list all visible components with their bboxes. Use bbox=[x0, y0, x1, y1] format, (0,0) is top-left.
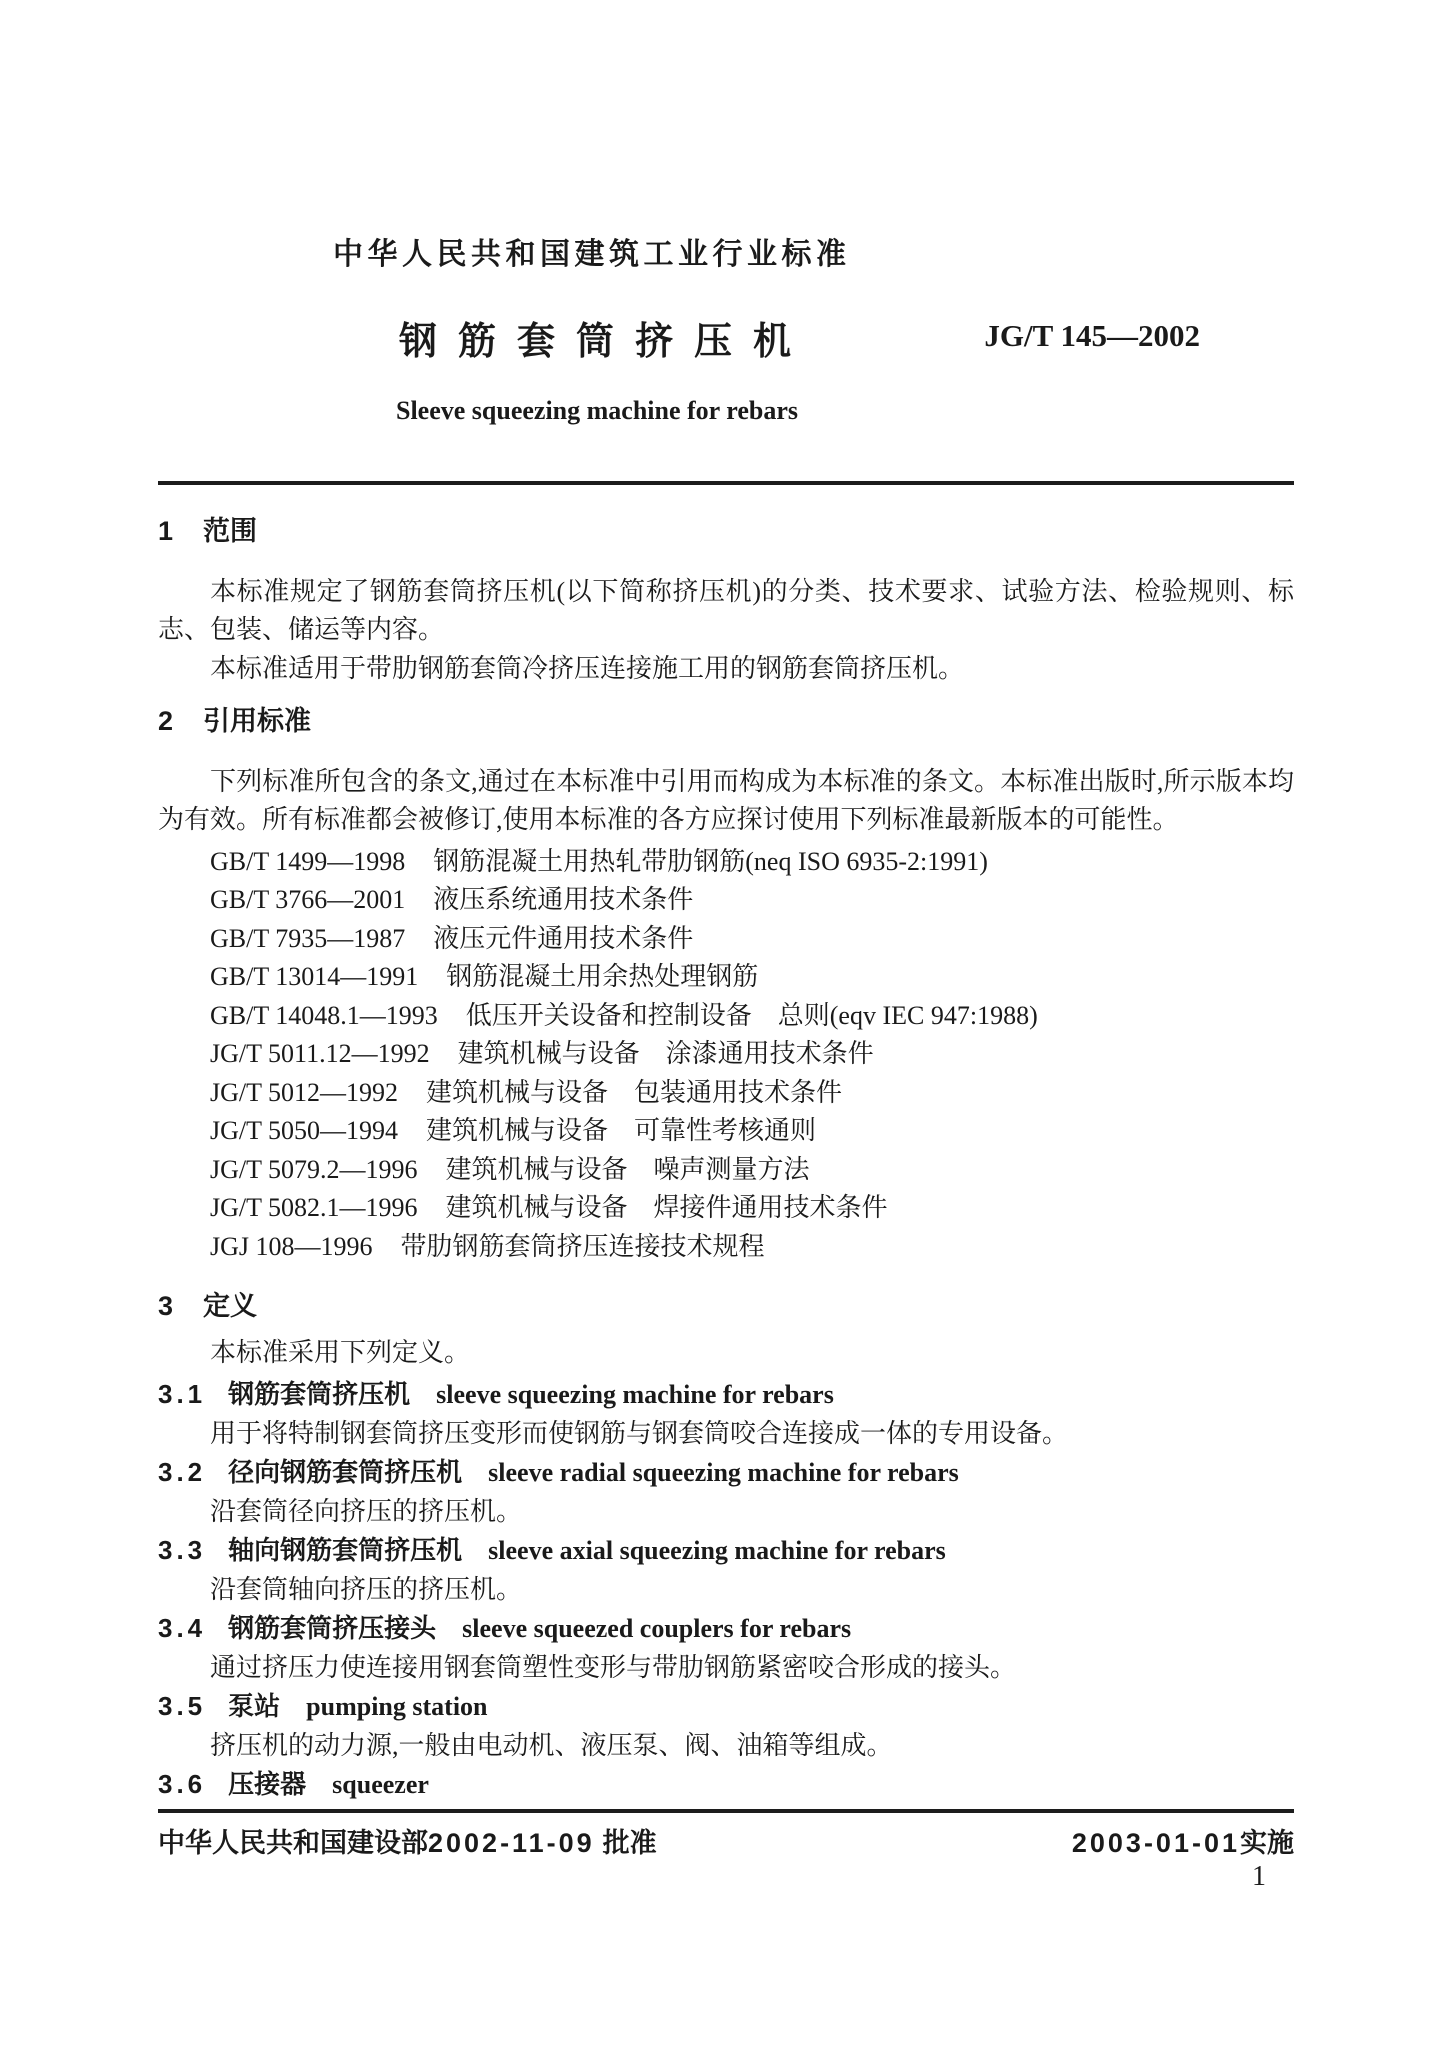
document-body: 1范围 本标准规定了钢筋套筒挤压机(以下简称挤压机)的分类、技术要求、试验方法、… bbox=[158, 481, 1294, 1859]
reference-title: 钢筋混凝土用余热处理钢筋 bbox=[446, 962, 758, 991]
definition-term-en: sleeve axial squeezing machine for rebar… bbox=[488, 1536, 946, 1565]
definition-term-cn: 轴向钢筋套筒挤压机 bbox=[228, 1531, 462, 1570]
reference-title: 建筑机械与设备 噪声测量方法 bbox=[446, 1155, 810, 1184]
definition-term-cn: 径向钢筋套筒挤压机 bbox=[228, 1453, 462, 1492]
reference-code: JGJ 108—1996 bbox=[210, 1228, 373, 1267]
definition-term-en: sleeve radial squeezing machine for reba… bbox=[488, 1458, 959, 1487]
document-title-cn: 钢筋套筒挤压机 bbox=[399, 320, 812, 364]
reference-item: JG/T 5079.2—1996建筑机械与设备 噪声测量方法 bbox=[158, 1151, 1294, 1190]
section-3-heading: 3定义 bbox=[158, 1287, 1294, 1326]
definition-heading: 3.3轴向钢筋套筒挤压机sleeve axial squeezing machi… bbox=[158, 1531, 1294, 1571]
definition-number: 3.1 bbox=[158, 1375, 206, 1414]
reference-code: GB/T 3766—2001 bbox=[210, 881, 405, 920]
reference-title: 带肋钢筋套筒挤压连接技术规程 bbox=[401, 1232, 765, 1261]
reference-code: JG/T 5079.2—1996 bbox=[210, 1151, 418, 1190]
definition-term-en: pumping station bbox=[306, 1692, 487, 1721]
reference-item: GB/T 13014—1991钢筋混凝土用余热处理钢筋 bbox=[158, 958, 1294, 997]
section-title: 定义 bbox=[203, 1291, 257, 1321]
definition-number: 3.6 bbox=[158, 1765, 206, 1804]
definition-number: 3.2 bbox=[158, 1453, 206, 1492]
definition-heading: 3.6压接器squeezer bbox=[158, 1765, 1294, 1805]
section-number: 3 bbox=[158, 1287, 173, 1326]
definition-heading: 3.2径向钢筋套筒挤压机sleeve radial squeezing mach… bbox=[158, 1453, 1294, 1493]
definition-term-cn: 钢筋套筒挤压机 bbox=[228, 1375, 410, 1414]
scope-paragraph-1: 本标准规定了钢筋套筒挤压机(以下简称挤压机)的分类、技术要求、试验方法、检验规则… bbox=[158, 573, 1294, 650]
references-intro: 下列标准所包含的条文,通过在本标准中引用而构成为本标准的条文。本标准出版时,所示… bbox=[158, 763, 1294, 840]
approval-suffix: 批准 bbox=[603, 1828, 657, 1858]
approval-text: 中华人民共和国建设部2002-11-09批准 bbox=[158, 1827, 657, 1859]
standard-number: JG/T 145—2002 bbox=[984, 318, 1200, 354]
header-divider bbox=[158, 481, 1294, 485]
reference-code: JG/T 5082.1—1996 bbox=[210, 1189, 418, 1228]
reference-item: JG/T 5082.1—1996建筑机械与设备 焊接件通用技术条件 bbox=[158, 1189, 1294, 1228]
definition-term-cn: 泵站 bbox=[228, 1687, 280, 1726]
definition-number: 3.3 bbox=[158, 1531, 206, 1570]
reference-title: 钢筋混凝土用热轧带肋钢筋(neq ISO 6935-2:1991) bbox=[433, 847, 988, 876]
section-number: 2 bbox=[158, 702, 173, 741]
page-number: 1 bbox=[1252, 1860, 1266, 1894]
definition-text: 沿套筒径向挤压的挤压机。 bbox=[158, 1493, 1294, 1532]
definition-term-cn: 钢筋套筒挤压接头 bbox=[228, 1609, 436, 1648]
footer: 中华人民共和国建设部2002-11-09批准 2003-01-01实施 bbox=[158, 1827, 1294, 1859]
approval-org: 中华人民共和国建设部 bbox=[158, 1828, 428, 1858]
approval-date: 2002-11-09 bbox=[428, 1828, 595, 1858]
definitions-intro: 本标准采用下列定义。 bbox=[158, 1334, 1294, 1373]
section-title: 范围 bbox=[203, 516, 257, 546]
definition-term-cn: 压接器 bbox=[228, 1765, 306, 1804]
reference-title: 建筑机械与设备 焊接件通用技术条件 bbox=[446, 1193, 888, 1222]
implementation-suffix: 实施 bbox=[1240, 1828, 1294, 1858]
reference-code: GB/T 7935—1987 bbox=[210, 920, 405, 959]
definition-text: 沿套筒轴向挤压的挤压机。 bbox=[158, 1571, 1294, 1610]
reference-item: JG/T 5011.12—1992建筑机械与设备 涂漆通用技术条件 bbox=[158, 1035, 1294, 1074]
implementation-date: 2003-01-01 bbox=[1072, 1828, 1240, 1858]
definition-text: 通过挤压力使连接用钢套筒塑性变形与带肋钢筋紧密咬合形成的接头。 bbox=[158, 1649, 1294, 1688]
reference-code: GB/T 14048.1—1993 bbox=[210, 997, 438, 1036]
definition-text: 用于将特制钢套筒挤压变形而使钢筋与钢套筒咬合连接成一体的专用设备。 bbox=[158, 1415, 1294, 1454]
reference-item: GB/T 3766—2001液压系统通用技术条件 bbox=[158, 881, 1294, 920]
reference-title: 建筑机械与设备 涂漆通用技术条件 bbox=[458, 1039, 874, 1068]
references-list: GB/T 1499—1998钢筋混凝土用热轧带肋钢筋(neq ISO 6935-… bbox=[158, 843, 1294, 1267]
section-1-heading: 1范围 bbox=[158, 512, 1294, 551]
standard-document-page: 中华人民共和国建筑工业行业标准 钢筋套筒挤压机 JG/T 145—2002 Sl… bbox=[0, 0, 1448, 2048]
reference-code: JG/T 5012—1992 bbox=[210, 1074, 398, 1113]
document-title-en: Sleeve squeezing machine for rebars bbox=[396, 396, 792, 426]
definition-term-en: squeezer bbox=[332, 1770, 429, 1799]
reference-title: 建筑机械与设备 可靠性考核通则 bbox=[426, 1116, 816, 1145]
definitions-list: 3.1钢筋套筒挤压机sleeve squeezing machine for r… bbox=[158, 1375, 1294, 1805]
reference-item: JGJ 108—1996带肋钢筋套筒挤压连接技术规程 bbox=[158, 1228, 1294, 1267]
definition-heading: 3.5泵站pumping station bbox=[158, 1687, 1294, 1727]
definition-number: 3.5 bbox=[158, 1687, 206, 1726]
section-number: 1 bbox=[158, 512, 173, 551]
section-2-heading: 2引用标准 bbox=[158, 702, 1294, 741]
implementation-text: 2003-01-01实施 bbox=[1072, 1827, 1294, 1859]
definition-term-en: sleeve squeezed couplers for rebars bbox=[462, 1614, 851, 1643]
reference-item: JG/T 5012—1992建筑机械与设备 包装通用技术条件 bbox=[158, 1074, 1294, 1113]
definition-text: 挤压机的动力源,一般由电动机、液压泵、阀、油箱等组成。 bbox=[158, 1727, 1294, 1766]
reference-item: JG/T 5050—1994建筑机械与设备 可靠性考核通则 bbox=[158, 1112, 1294, 1151]
reference-code: JG/T 5050—1994 bbox=[210, 1112, 398, 1151]
definition-heading: 3.4钢筋套筒挤压接头sleeve squeezed couplers for … bbox=[158, 1609, 1294, 1649]
definition-term-en: sleeve squeezing machine for rebars bbox=[436, 1380, 834, 1409]
reference-title: 建筑机械与设备 包装通用技术条件 bbox=[426, 1078, 842, 1107]
reference-item: GB/T 1499—1998钢筋混凝土用热轧带肋钢筋(neq ISO 6935-… bbox=[158, 843, 1294, 882]
reference-code: JG/T 5011.12—1992 bbox=[210, 1035, 430, 1074]
reference-title: 液压系统通用技术条件 bbox=[433, 885, 693, 914]
reference-item: GB/T 14048.1—1993低压开关设备和控制设备 总则(eqv IEC … bbox=[158, 997, 1294, 1036]
definition-number: 3.4 bbox=[158, 1609, 206, 1648]
industry-standard-label: 中华人民共和国建筑工业行业标准 bbox=[333, 238, 851, 272]
reference-title: 低压开关设备和控制设备 总则(eqv IEC 947:1988) bbox=[466, 1001, 1038, 1030]
reference-code: GB/T 13014—1991 bbox=[210, 958, 418, 997]
scope-paragraph-2: 本标准适用于带肋钢筋套筒冷挤压连接施工用的钢筋套筒挤压机。 bbox=[158, 650, 1294, 689]
reference-code: GB/T 1499—1998 bbox=[210, 843, 405, 882]
footer-divider bbox=[158, 1809, 1294, 1813]
definition-heading: 3.1钢筋套筒挤压机sleeve squeezing machine for r… bbox=[158, 1375, 1294, 1415]
reference-title: 液压元件通用技术条件 bbox=[433, 924, 693, 953]
reference-item: GB/T 7935—1987液压元件通用技术条件 bbox=[158, 920, 1294, 959]
section-title: 引用标准 bbox=[203, 706, 311, 736]
